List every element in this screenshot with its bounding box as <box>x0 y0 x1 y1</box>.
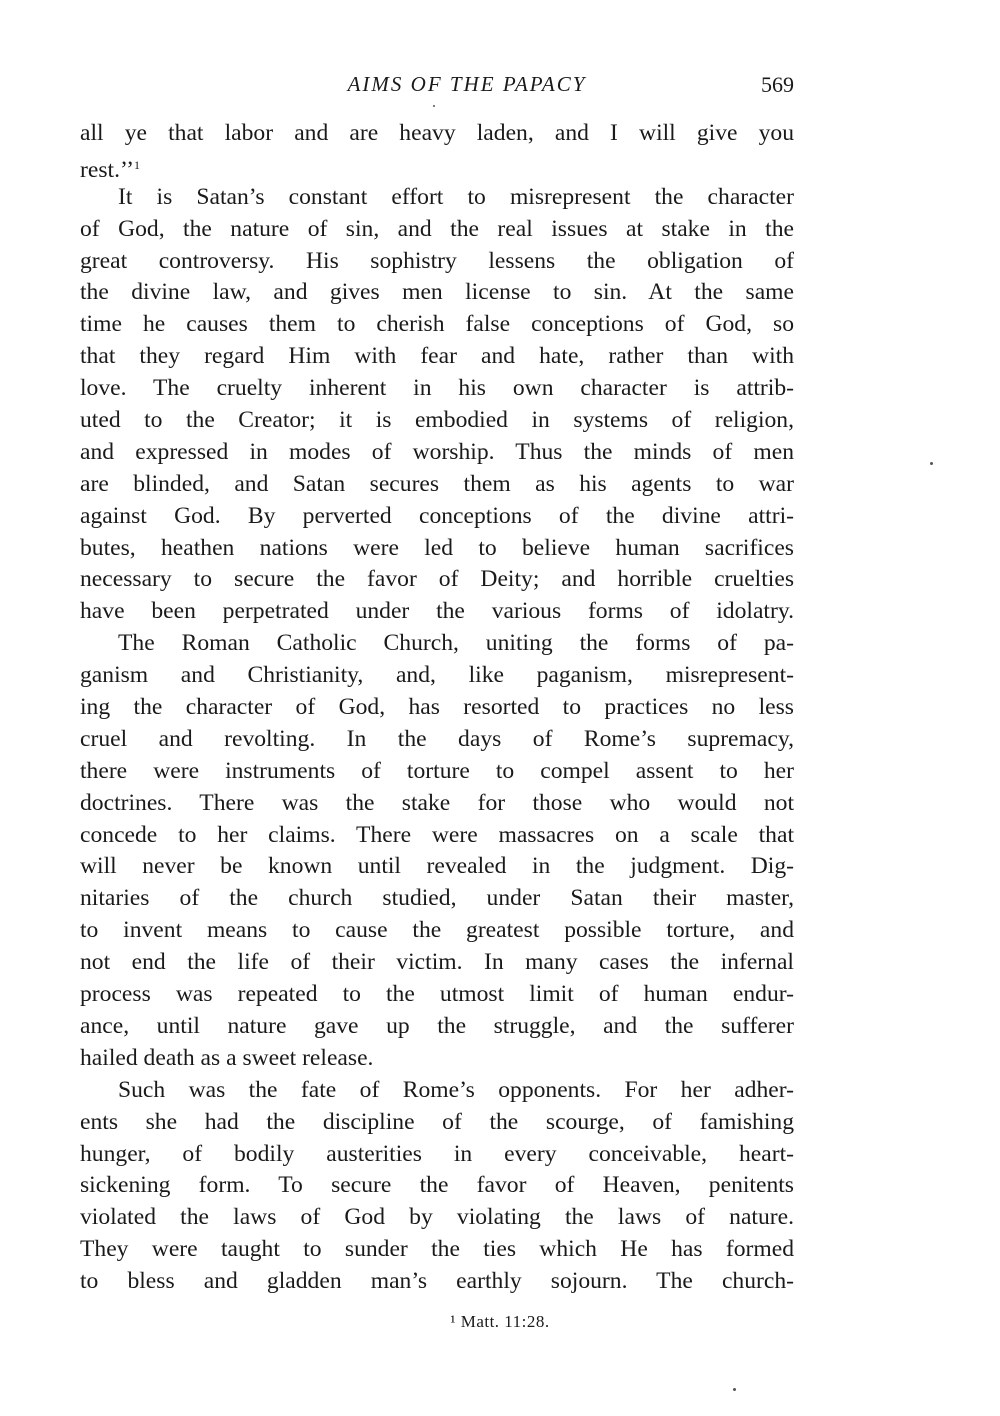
text-line-content: to bless and gladden man’s earthly sojou… <box>80 1268 794 1294</box>
text-line: will never be known until revealed in th… <box>80 851 794 883</box>
text-line-content: ing the character of God, has resorted t… <box>80 694 794 720</box>
text-line-content: uted to the Creator; it is embodied in s… <box>80 407 794 433</box>
text-line: are blinded, and Satan secures them as h… <box>80 469 794 501</box>
text-line: cruel and revolting. In the days of Rome… <box>80 724 794 756</box>
text-line: They were taught to sunder the ties whic… <box>80 1234 794 1266</box>
text-line-content: will never be known until revealed in th… <box>80 853 794 879</box>
scan-speck <box>733 1388 736 1391</box>
text-line: rest.’’1 <box>80 150 794 182</box>
text-line-content: cruel and revolting. In the days of Rome… <box>80 726 794 752</box>
text-line: It is Satan’s constant effort to misrepr… <box>80 182 794 214</box>
footnote-text: Matt. 11:28. <box>461 1312 550 1331</box>
text-line-content: doctrines. There was the stake for those… <box>80 790 794 816</box>
text-line: necessary to secure the favor of Deity; … <box>80 564 794 596</box>
text-line: great controversy. His sophistry lessens… <box>80 246 794 278</box>
text-line: sickening form. To secure the favor of H… <box>80 1170 794 1202</box>
text-line-content: there were instruments of torture to com… <box>80 758 794 784</box>
text-line: Such was the fate of Rome’s opponents. F… <box>80 1075 794 1107</box>
text-line: to invent means to cause the greatest po… <box>80 915 794 947</box>
text-line-content: of God, the nature of sin, and the real … <box>80 216 794 242</box>
text-line: ing the character of God, has resorted t… <box>80 692 794 724</box>
text-line: to bless and gladden man’s earthly sojou… <box>80 1266 794 1298</box>
text-line: of God, the nature of sin, and the real … <box>80 214 794 246</box>
text-line-content: are blinded, and Satan secures them as h… <box>80 471 794 497</box>
text-line-content: necessary to secure the favor of Deity; … <box>80 566 794 592</box>
text-line-content: hunger, of bodily austerities in every c… <box>80 1141 794 1167</box>
text-line-content: ents she had the discipline of the scour… <box>80 1109 794 1135</box>
text-line: that they regard Him with fear and hate,… <box>80 341 794 373</box>
text-line: doctrines. There was the stake for those… <box>80 788 794 820</box>
text-line: and expressed in modes of worship. Thus … <box>80 437 794 469</box>
text-line-content: ganism and Christianity, and, like pagan… <box>80 662 794 688</box>
text-line: violated the laws of God by violating th… <box>80 1202 794 1234</box>
footnote: ¹ Matt. 11:28. <box>0 1312 1000 1332</box>
text-line-content: time he causes them to cherish false con… <box>80 311 794 337</box>
text-line-content: not end the life of their victim. In man… <box>80 949 794 975</box>
text-line: there were instruments of torture to com… <box>80 756 794 788</box>
text-line-content: nitaries of the church studied, under Sa… <box>80 885 794 911</box>
text-line: The Roman Catholic Church, uniting the f… <box>80 628 794 660</box>
text-line-content: rest.’’ <box>80 157 134 183</box>
text-line-content: It is Satan’s constant effort to misrepr… <box>118 184 794 210</box>
text-line-content: process was repeated to the utmost limit… <box>80 981 794 1007</box>
text-line-content: ance, until nature gave up the struggle,… <box>80 1013 794 1039</box>
page-number: 569 <box>761 72 794 98</box>
text-line-content: all ye that labor and are heavy laden, a… <box>80 120 794 146</box>
text-line: against God. By perverted conceptions of… <box>80 501 794 533</box>
scan-speck <box>930 462 933 465</box>
text-line: ganism and Christianity, and, like pagan… <box>80 660 794 692</box>
text-line-content: against God. By perverted conceptions of… <box>80 503 794 529</box>
text-line-content: and expressed in modes of worship. Thus … <box>80 439 794 465</box>
text-line: process was repeated to the utmost limit… <box>80 979 794 1011</box>
footnote-marker: ¹ <box>450 1312 456 1331</box>
text-line-content: butes, heathen nations were led to belie… <box>80 535 794 561</box>
text-line-content: concede to her claims. There were massac… <box>80 822 794 848</box>
text-line-content: great controversy. His sophistry lessens… <box>80 248 794 274</box>
text-line-content: the divine law, and gives men license to… <box>80 279 794 305</box>
text-line: hailed death as a sweet release. <box>80 1043 794 1075</box>
running-head: AIMS OF THE PAPACY 569 <box>80 70 794 102</box>
text-line-content: Such was the fate of Rome’s opponents. F… <box>118 1077 794 1103</box>
text-line-content: violated the laws of God by violating th… <box>80 1204 794 1230</box>
text-line: uted to the Creator; it is embodied in s… <box>80 405 794 437</box>
text-line-content: to invent means to cause the greatest po… <box>80 917 794 943</box>
text-line: time he causes them to cherish false con… <box>80 309 794 341</box>
text-line: love. The cruelty inherent in his own ch… <box>80 373 794 405</box>
text-line: the divine law, and gives men license to… <box>80 277 794 309</box>
text-line: concede to her claims. There were massac… <box>80 820 794 852</box>
text-line: hunger, of bodily austerities in every c… <box>80 1139 794 1171</box>
text-line: nitaries of the church studied, under Sa… <box>80 883 794 915</box>
text-line-content: love. The cruelty inherent in his own ch… <box>80 375 794 401</box>
text-line-content: have been perpetrated under the various … <box>80 598 794 624</box>
running-title: AIMS OF THE PAPACY <box>80 72 794 97</box>
book-page: AIMS OF THE PAPACY 569 all ye that labor… <box>0 0 1000 1416</box>
body-text: all ye that labor and are heavy laden, a… <box>80 118 794 1298</box>
text-line-content: hailed death as a sweet release. <box>80 1045 373 1071</box>
text-line-content: that they regard Him with fear and hate,… <box>80 343 794 369</box>
text-line: have been perpetrated under the various … <box>80 596 794 628</box>
text-line: ance, until nature gave up the struggle,… <box>80 1011 794 1043</box>
text-line: all ye that labor and are heavy laden, a… <box>80 118 794 150</box>
scan-speck <box>433 105 435 107</box>
text-line: not end the life of their victim. In man… <box>80 947 794 979</box>
text-line-content: sickening form. To secure the favor of H… <box>80 1172 794 1198</box>
footnote-reference: 1 <box>134 158 140 172</box>
text-line: ents she had the discipline of the scour… <box>80 1107 794 1139</box>
text-line: butes, heathen nations were led to belie… <box>80 533 794 565</box>
text-line-content: The Roman Catholic Church, uniting the f… <box>118 630 794 656</box>
text-line-content: They were taught to sunder the ties whic… <box>80 1236 794 1262</box>
